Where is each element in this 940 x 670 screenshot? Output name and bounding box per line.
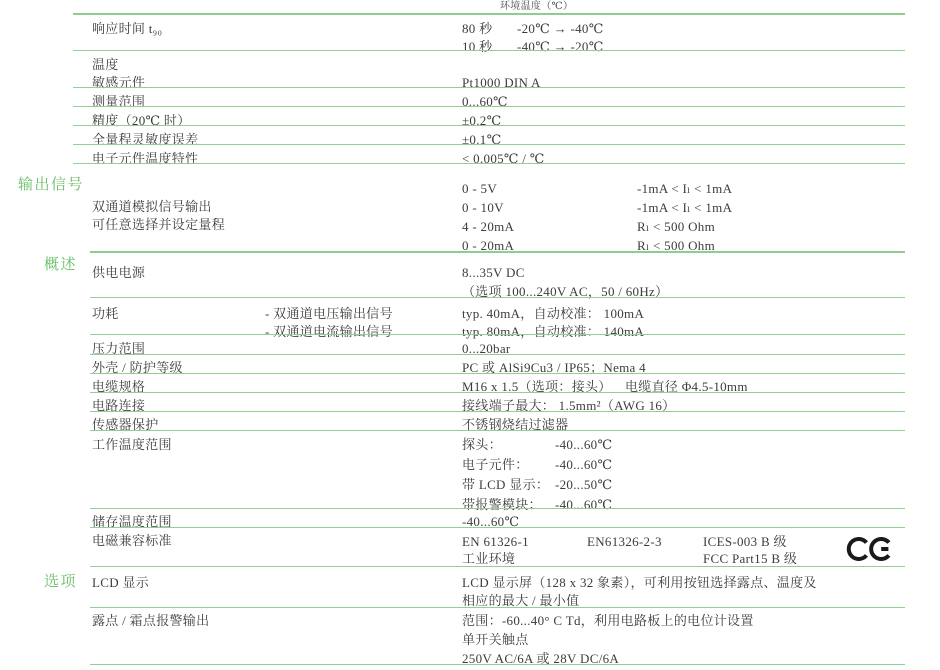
value-alarm-range: 范围：-60...40° C Td，利用电路板上的电位计设置	[462, 613, 754, 628]
divider	[73, 87, 905, 88]
section-label-output-signal: 输出信号	[18, 177, 84, 194]
value-emc-std3: ICES-003 B 级	[703, 534, 787, 549]
divider	[90, 373, 905, 374]
operating-temp-item-value-4: -40...60℃	[555, 497, 612, 512]
group-label-temperature: 温度	[92, 57, 119, 72]
operating-temp-item-value-1: -40...60℃	[555, 437, 612, 452]
divider	[73, 163, 905, 164]
row-label-dewpoint-alarm: 露点 / 霜点报警输出	[92, 613, 209, 628]
sublabel-current-output: - 双通道电流输出信号	[265, 324, 393, 339]
row-label-power-supply: 供电电源	[92, 265, 145, 280]
value-response-time-1: 80 秒	[462, 21, 492, 36]
value-consumption-current: typ. 80mA，自动校准： 140mA	[462, 324, 644, 339]
value-lcd-line1: LCD 显示屏（128 x 32 象素），可利用按钮选择露点、温度及	[462, 575, 817, 590]
divider	[90, 297, 905, 298]
divider	[90, 508, 905, 509]
divider	[90, 392, 905, 393]
row-label-response-time: 响应时间 t₉₀	[92, 21, 162, 36]
divider	[90, 334, 905, 335]
value-alarm-contact: 单开关触点	[462, 632, 529, 647]
row-label-dual-analog-output: 双通道模拟信号输出	[92, 199, 212, 214]
section-label-overview: 概述	[44, 257, 77, 274]
operating-temp-item-name-2: 电子元件：	[462, 457, 529, 472]
divider	[90, 607, 905, 608]
section-label-options: 选项	[44, 574, 77, 591]
value-power-supply-1: 8...35V DC	[462, 265, 525, 280]
value-response-time-2: 10 秒	[462, 39, 492, 54]
divider	[90, 527, 905, 528]
value-signal-load-3: Rₗ < 500 Ohm	[637, 219, 715, 234]
value-response-range-1: -20℃ → -40℃	[517, 21, 604, 36]
value-response-range-2: -40℃ → -20℃	[517, 39, 604, 54]
row-label-selectable-range: 可任意选择并设定量程	[92, 217, 225, 232]
divider	[90, 566, 905, 567]
value-emc-fcc: FCC Part15 B 级	[703, 551, 797, 566]
divider	[73, 50, 905, 51]
value-lcd-line2: 相应的最大 / 最小值	[462, 593, 579, 608]
value-signal-range-3: 4 - 20mA	[462, 219, 514, 234]
ce-mark-icon	[846, 531, 894, 567]
row-label-lcd-display: LCD 显示	[92, 575, 149, 590]
operating-temp-item-value-2: -40...60℃	[555, 457, 612, 472]
row-label-operating-temp: 工作温度范围	[92, 437, 172, 452]
divider	[73, 125, 905, 126]
operating-temp-item-value-3: -20...50℃	[555, 477, 612, 492]
divider	[73, 106, 905, 107]
sublabel-voltage-output: - 双通道电压输出信号	[265, 306, 393, 321]
operating-temp-item-name-3: 带 LCD 显示：	[462, 477, 549, 492]
row-label-power-consumption: 功耗	[92, 306, 119, 321]
divider	[90, 354, 905, 355]
operating-temp-item-name-1: 探头：	[462, 437, 502, 452]
ambient-temp-column-header: 环境温度（℃）	[500, 1, 573, 13]
value-emc-std2: EN61326-2-3	[587, 534, 662, 549]
datasheet-page: 环境温度（℃） 响应时间 t₉₀ 80 秒 -20℃ → -40℃ 10 秒 -…	[0, 0, 940, 670]
value-signal-range-2: 0 - 10V	[462, 200, 504, 215]
divider	[73, 13, 905, 15]
divider	[90, 411, 905, 412]
operating-temp-item-name-4: 带报警模块：	[462, 497, 542, 512]
row-label-emc: 电磁兼容标准	[92, 533, 172, 548]
divider	[90, 251, 905, 253]
value-emc-std1: EN 61326-1	[462, 534, 529, 549]
value-signal-load-2: -1mA < Iₗ < 1mA	[637, 200, 732, 215]
divider	[73, 144, 905, 145]
value-consumption-voltage: typ. 40mA，自动校准： 100mA	[462, 306, 644, 321]
divider	[90, 664, 905, 665]
value-signal-range-1: 0 - 5V	[462, 181, 497, 196]
value-emc-environment: 工业环境	[462, 551, 515, 566]
divider	[90, 430, 905, 431]
value-signal-load-1: -1mA < Iₗ < 1mA	[637, 181, 732, 196]
